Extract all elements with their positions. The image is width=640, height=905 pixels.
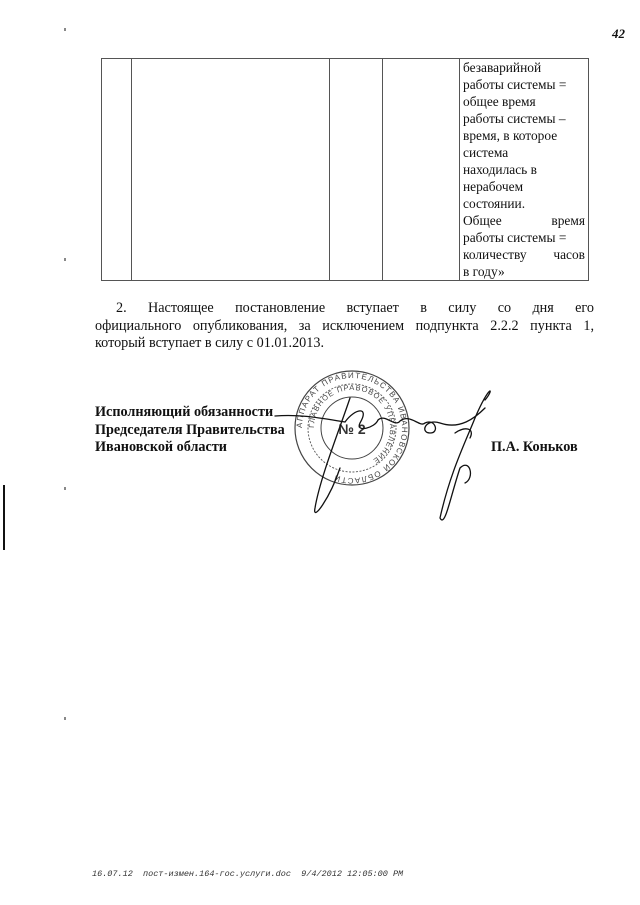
page-number: 42 [612, 26, 625, 42]
paragraph-2: 2. Настоящее постановление вступает в си… [95, 300, 594, 353]
table-cell-4 [383, 59, 460, 281]
table-cell-5: безаварийной работы системы = общее врем… [460, 59, 589, 281]
cell-line: безаварийной [463, 59, 585, 76]
handwritten-signature-icon [260, 388, 500, 528]
cell-line: система [463, 144, 585, 161]
scan-dot [64, 487, 66, 490]
cell-line: состоянии. [463, 195, 585, 212]
continuation-table: безаварийной работы системы = общее врем… [101, 58, 589, 281]
cell-line: в году» [463, 263, 585, 280]
table-cell-1 [102, 59, 132, 281]
file-footer: 16.07.12 пост-измен.164-гос.услуги.doc 9… [92, 869, 403, 879]
signatory-title-line: Ивановской области [95, 439, 285, 457]
table-row: безаварийной работы системы = общее врем… [102, 59, 589, 281]
signatory-title: Исполняющий обязанности Председателя Пра… [95, 404, 285, 457]
paragraph-line: 2. Настоящее постановление вступает в си… [95, 300, 594, 318]
cell-line: работы системы = [463, 229, 585, 246]
cell-line: общее время [463, 93, 585, 110]
scan-dot [64, 717, 66, 720]
paragraph-line: который вступает в силу с 01.01.2013. [95, 335, 594, 353]
cell-line: количеству часов [463, 246, 585, 263]
signatory-title-line: Председателя Правительства [95, 422, 285, 440]
table-cell-2 [132, 59, 330, 281]
signatory-title-line: Исполняющий обязанности [95, 404, 285, 422]
paragraph-line: официального опубликования, за исключени… [95, 318, 594, 336]
scan-edge-mark [3, 485, 5, 550]
cell-line: работы системы = [463, 76, 585, 93]
cell-line: время, в которое [463, 127, 585, 144]
cell-line: Общее время [463, 212, 585, 229]
signatory-name: П.А. Коньков [491, 439, 578, 456]
cell-line: работы системы – [463, 110, 585, 127]
table-cell-3 [330, 59, 383, 281]
scan-dot [64, 28, 66, 31]
cell-line: нерабочем [463, 178, 585, 195]
scan-dot [64, 258, 66, 261]
cell-line: находилась в [463, 161, 585, 178]
